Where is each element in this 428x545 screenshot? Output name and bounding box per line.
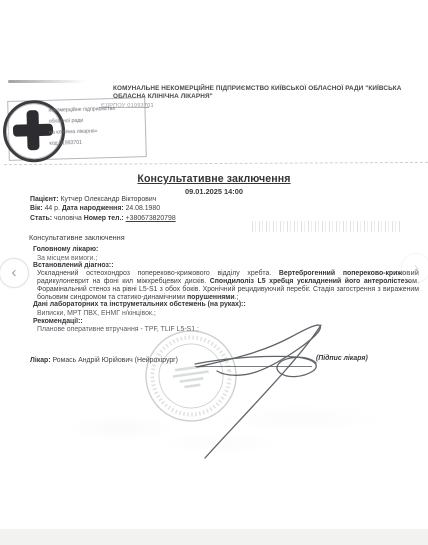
next-image-button[interactable]: › [401, 253, 428, 283]
patient-sex-value: чоловіча [54, 215, 82, 222]
exams-label: Дані лабораторних та інструметальних обс… [33, 301, 246, 308]
section-heading: Консультативне заключення [29, 233, 125, 242]
document-datetime: 09.01.2025 14:00 [0, 187, 428, 196]
exams-value: Виписки, МРТ ПВХ, ЕНМГ н/кінцівок.; [37, 310, 156, 317]
doctor-signature [193, 318, 358, 468]
patient-name-value: Кутчер Олександр Вікторович [61, 196, 157, 203]
image-viewer: КОМУНАЛЬНЕ НЕКОМЕРЦІЙНЕ ПІДПРИЄМСТВО КИЇ… [0, 0, 428, 545]
doctor-line: Лікар: Ромась Андрій Юрійович (Нейрохіру… [30, 357, 178, 365]
recommendations-label: Рекомендації:: [33, 318, 83, 325]
doctor-name: Ромась Андрій Юрійович (Нейрохірург) [52, 357, 178, 364]
diagnosis-label: Встановлений діагноз:: [33, 262, 113, 269]
patient-dob-label: Дата народження: [62, 205, 124, 212]
page-bottom-edge [0, 529, 428, 545]
chief-doctor-label: Головному лікарю: [33, 246, 98, 253]
patient-sex-phone-row: Стать: чоловіча Номер тел.: +38067382079… [30, 215, 310, 223]
diagnosis-text: Ускладнений остеохондроз попереково-криж… [37, 270, 419, 302]
chevron-left-icon: ‹ [12, 264, 17, 281]
patient-age-label: Вік: [30, 205, 43, 212]
patient-age-dob-row: Вік: 44 р. Дата народження: 24.08.1980 [30, 205, 310, 213]
patient-age-value: 44 р. [45, 205, 60, 212]
chief-doctor-value: За місцем вимоги.; [37, 255, 97, 262]
corner-stamp-text: некомерційне підприємство обласної ради … [48, 103, 143, 150]
patient-sex-label: Стать: [30, 215, 52, 222]
scan-smudge [8, 80, 86, 83]
chevron-right-icon: › [414, 259, 419, 276]
corner-stamp-line: код 01993701 [49, 136, 143, 150]
patient-phone-value: +380673820798 [126, 215, 176, 222]
doctor-label: Лікар: [30, 357, 51, 364]
signature-caption: (Підпис лікаря) [316, 355, 368, 362]
patient-dob-value: 24.08.1980 [126, 205, 161, 212]
corner-stamp: некомерційне підприємство обласної ради … [7, 97, 147, 161]
patient-info-block: Пацієнт: Кутчер Олександр Вікторович Вік… [30, 196, 310, 224]
patient-phone-label: Номер тел.: [84, 215, 124, 222]
document-title: Консультативне заключення [0, 173, 428, 185]
patient-name-label: Пацієнт: [30, 196, 59, 203]
previous-image-button[interactable]: ‹ [0, 258, 29, 288]
header-divider-line [4, 162, 428, 165]
patient-name-row: Пацієнт: Кутчер Олександр Вікторович [30, 196, 310, 204]
org-name-header: КОМУНАЛЬНЕ НЕКОМЕРЦІЙНЕ ПІДПРИЄМСТВО КИЇ… [113, 85, 423, 101]
